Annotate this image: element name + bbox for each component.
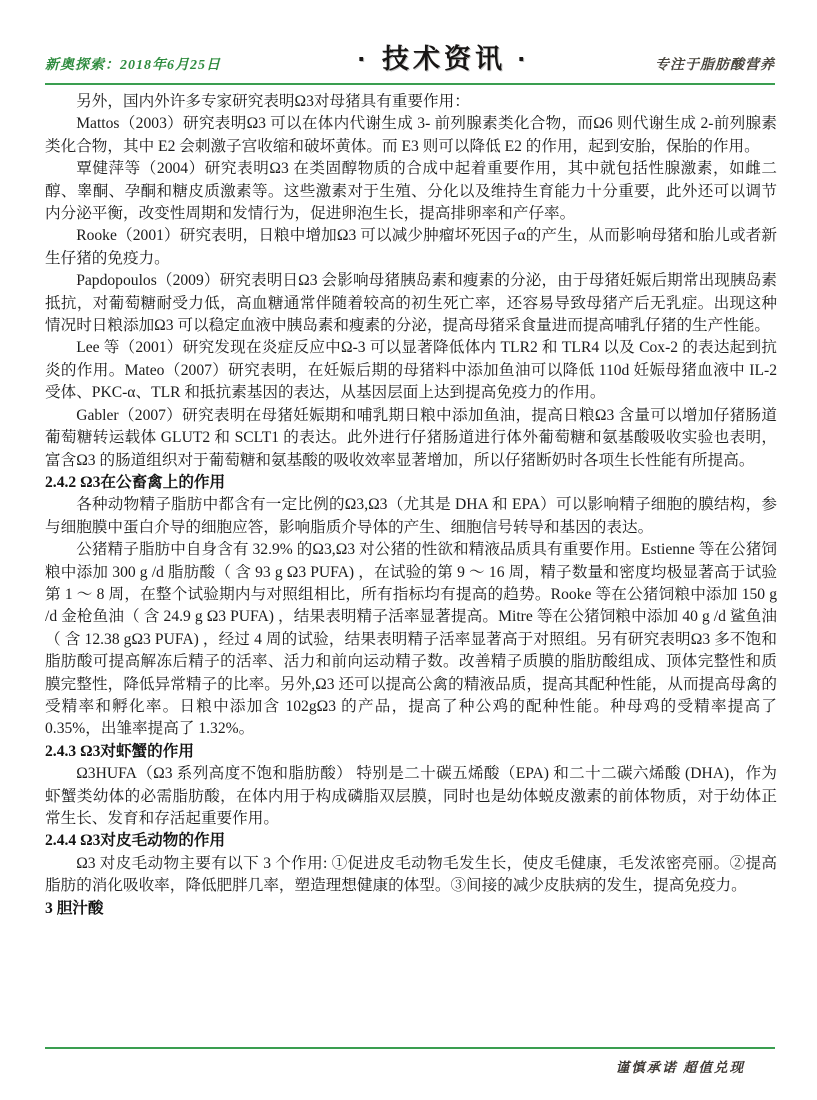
footer-divider bbox=[45, 1047, 775, 1049]
paragraph-mattos-2003: Mattos（2003）研究表明Ω3 可以在体内代谢生成 3- 前列腺素类化合物… bbox=[45, 113, 777, 158]
footer-slogan: 谨慎承诺 超值兑现 bbox=[616, 1056, 745, 1076]
paragraph-fur-animals: Ω3 对皮毛动物主要有以下 3 个作用: ①促进皮毛动物毛发生长，使皮毛健康，毛… bbox=[45, 853, 777, 898]
page-header: 新奥探索：2018年6月25日 · 技术资讯 · 专注于脂肪酸营养 bbox=[45, 44, 775, 76]
brand-date: 新奥探索：2018年6月25日 bbox=[45, 54, 221, 76]
heading-3-bile-acid: 3 胆汁酸 bbox=[45, 898, 777, 920]
document-body: 另外，国内外许多专家研究表明Ω3对母猪具有重要作用： Mattos（2003）研… bbox=[45, 91, 777, 920]
page-title: · 技术资讯 · bbox=[358, 37, 531, 76]
paragraph-lee-mateo: Lee 等（2001）研究发现在炎症反应中Ω-3 可以显著降低体内 TLR2 和… bbox=[45, 337, 777, 404]
paragraph-shrimp-crab: Ω3HUFA（Ω3 系列高度不饱和脂肪酸） 特别是二十碳五烯酸（EPA) 和二十… bbox=[45, 763, 777, 830]
header-divider bbox=[45, 83, 775, 85]
paragraph-qinjianping: 覃健萍等（2004）研究表明Ω3 在类固醇物质的合成中起着重要作用，其中就包括性… bbox=[45, 158, 777, 225]
paragraph-papdopoulos: Papdopoulos（2009）研究表明日Ω3 会影响母猪胰岛素和瘦素的分泌，… bbox=[45, 270, 777, 337]
heading-2-4-3: 2.4.3 Ω3对虾蟹的作用 bbox=[45, 741, 777, 763]
heading-2-4-4: 2.4.4 Ω3对皮毛动物的作用 bbox=[45, 830, 777, 852]
paragraph-boar-trials: 公猪精子脂肪中自身含有 32.9% 的Ω3,Ω3 对公猪的性欲和精液品质具有重要… bbox=[45, 539, 777, 741]
paragraph-intro: 另外，国内外许多专家研究表明Ω3对母猪具有重要作用： bbox=[45, 91, 777, 113]
header-tagline: 专注于脂肪酸营养 bbox=[655, 54, 775, 76]
document-page: 新奥探索：2018年6月25日 · 技术资讯 · 专注于脂肪酸营养 另外，国内外… bbox=[0, 0, 817, 1100]
paragraph-sperm-membrane: 各种动物精子脂肪中都含有一定比例的Ω3,Ω3（尤其是 DHA 和 EPA）可以影… bbox=[45, 494, 777, 539]
heading-2-4-2: 2.4.2 Ω3在公畜禽上的作用 bbox=[45, 472, 777, 494]
paragraph-gabler-2007: Gabler（2007）研究表明在母猪妊娠期和哺乳期日粮中添加鱼油，提高日粮Ω3… bbox=[45, 405, 777, 472]
paragraph-rooke-2001: Rooke（2001）研究表明，日粮中增加Ω3 可以减少肿瘤坏死因子α的产生，从… bbox=[45, 225, 777, 270]
